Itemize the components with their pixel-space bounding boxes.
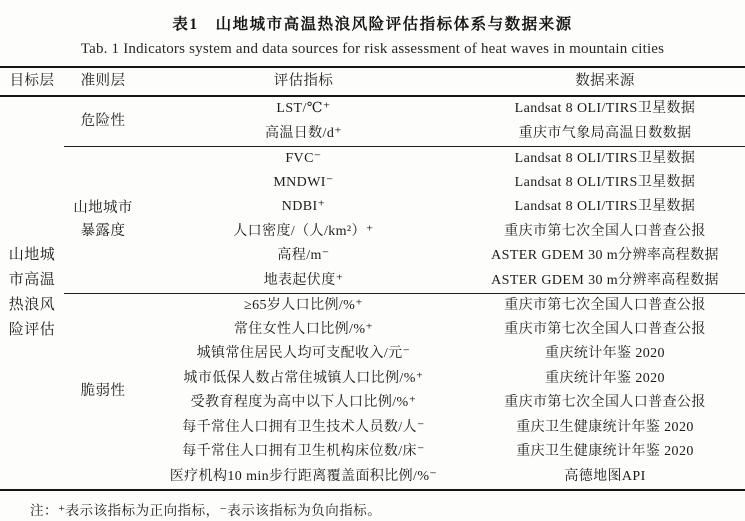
indicator-cell: 高程/m⁻ <box>142 244 465 269</box>
source-cell: 重庆市第七次全国人口普查公报 <box>465 293 745 318</box>
source-cell: 重庆统计年鉴 2020 <box>465 342 745 367</box>
indicator-cell: 人口密度/（人/km²）⁺ <box>142 220 465 245</box>
source-cell: 高德地图API <box>465 465 745 490</box>
indicator-cell: LST/℃⁺ <box>142 97 465 122</box>
header-goal-layer: 目标层 <box>0 68 64 97</box>
goal-layer-cell: 山地城市高温热浪风险评估 <box>0 97 64 489</box>
indicator-cell: NDBI⁺ <box>142 195 465 220</box>
indicator-cell: ≥65岁人口比例/%⁺ <box>142 293 465 318</box>
indicator-cell: FVC⁻ <box>142 146 465 171</box>
indicator-cell: 地表起伏度⁺ <box>142 269 465 294</box>
table-title-zh: 表1 山地城市高温热浪风险评估指标体系与数据来源 <box>0 12 745 34</box>
table-caption: 表1 山地城市高温热浪风险评估指标体系与数据来源 Tab. 1 Indicato… <box>0 12 745 58</box>
source-cell: Landsat 8 OLI/TIRS卫星数据 <box>465 171 745 196</box>
table-title-en: Tab. 1 Indicators system and data source… <box>0 41 745 58</box>
indicator-cell: 医疗机构10 min步行距离覆盖面积比例/%⁻ <box>142 465 465 490</box>
indicator-cell: MNDWI⁻ <box>142 171 465 196</box>
header-indicator: 评估指标 <box>142 68 465 97</box>
indicator-cell: 高温日数/d⁺ <box>142 122 465 147</box>
paper-table-page: 表1 山地城市高温热浪风险评估指标体系与数据来源 Tab. 1 Indicato… <box>0 0 745 521</box>
indicator-cell: 城市低保人数占常住城镇人口比例/%⁺ <box>142 367 465 392</box>
source-cell: Landsat 8 OLI/TIRS卫星数据 <box>465 97 745 122</box>
indicator-cell: 每千常住人口拥有卫生机构床位数/床⁻ <box>142 440 465 465</box>
indicator-cell: 受教育程度为高中以下人口比例/%⁺ <box>142 391 465 416</box>
header-data-source: 数据来源 <box>465 68 745 97</box>
source-cell: Landsat 8 OLI/TIRS卫星数据 <box>465 146 745 171</box>
indicator-cell: 城镇常住居民人均可支配收入/元⁻ <box>142 342 465 367</box>
source-cell: 重庆市气象局高温日数数据 <box>465 122 745 147</box>
source-cell: ASTER GDEM 30 m分辨率高程数据 <box>465 269 745 294</box>
source-cell: 重庆市第七次全国人口普查公报 <box>465 318 745 343</box>
source-cell: 重庆市第七次全国人口普查公报 <box>465 391 745 416</box>
indicator-cell: 常住女性人口比例/%⁺ <box>142 318 465 343</box>
indicators-table: 目标层 准则层 评估指标 数据来源 山地城市高温热浪风险评估 危险性 山地城市暴… <box>0 66 745 491</box>
source-cell: Landsat 8 OLI/TIRS卫星数据 <box>465 195 745 220</box>
source-cell: 重庆卫生健康统计年鉴 2020 <box>465 440 745 465</box>
source-cell: 重庆卫生健康统计年鉴 2020 <box>465 416 745 441</box>
table-footnote: 注：⁺表示该指标为正向指标，⁻表示该指标为负向指标。 <box>30 499 381 519</box>
goal-layer-text: 山地城市高温热浪风险评估 <box>8 243 56 343</box>
criterion-exposure: 山地城市暴露度 <box>64 146 142 293</box>
source-cell: ASTER GDEM 30 m分辨率高程数据 <box>465 244 745 269</box>
source-cell: 重庆统计年鉴 2020 <box>465 367 745 392</box>
indicator-cell: 每千常住人口拥有卫生技术人员数/人⁻ <box>142 416 465 441</box>
criterion-hazard: 危险性 <box>64 97 142 146</box>
header-criterion-layer: 准则层 <box>64 68 142 97</box>
source-cell: 重庆市第七次全国人口普查公报 <box>465 220 745 245</box>
criterion-vulnerability: 脆弱性 <box>64 293 142 489</box>
